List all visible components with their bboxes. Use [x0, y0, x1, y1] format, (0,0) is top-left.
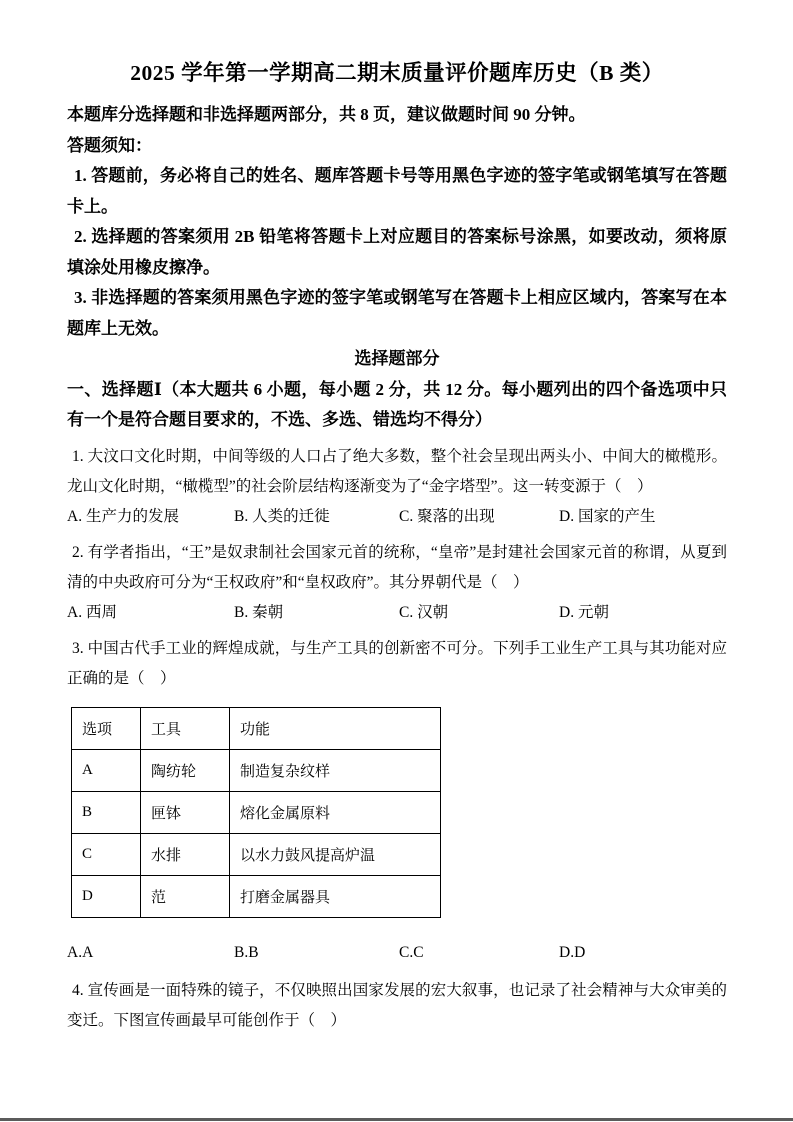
intro-line: 本题库分选择题和非选择题两部分，共 8 页，建议做题时间 90 分钟。 — [67, 100, 727, 131]
exam-page: 2025 学年第一学期高二期末质量评价题库历史（B 类） 本题库分选择题和非选择… — [0, 0, 793, 1122]
table-cell: 打磨金属器具 — [230, 875, 441, 917]
question-1-option-b: B. 人类的迁徙 — [234, 502, 399, 532]
table-header-function: 功能 — [230, 707, 441, 749]
question-2-stem: 2. 有学者指出，“王”是奴隶制社会国家元首的统称，“皇帝”是封建社会国家元首的… — [67, 538, 727, 598]
question-3-option-a: A.A — [67, 938, 234, 968]
question-3-tools-table: 选项 工具 功能 A 陶纺轮 制造复杂纹样 B 匣钵 熔化金属原料 — [71, 707, 441, 918]
page-title: 2025 学年第一学期高二期末质量评价题库历史（B 类） — [67, 57, 727, 89]
question-3-option-d: D.D — [559, 938, 585, 968]
section-heading: 选择题部分 — [67, 344, 727, 375]
table-cell: B — [72, 791, 141, 833]
question-3-options: A.A B.B C.C D.D — [67, 938, 727, 968]
table-row: B 匣钵 熔化金属原料 — [72, 791, 441, 833]
question-2-option-d: D. 元朝 — [559, 598, 609, 628]
table-cell: 水排 — [141, 833, 230, 875]
question-4: 4. 宣传画是一面特殊的镜子，不仅映照出国家发展的宏大叙事，也记录了社会精神与大… — [67, 976, 727, 1036]
table-header-option: 选项 — [72, 707, 141, 749]
question-2-option-c: C. 汉朝 — [399, 598, 559, 628]
question-1: 1. 大汶口文化时期，中间等级的人口占了绝大多数，整个社会呈现出两头小、中间大的… — [67, 442, 727, 532]
table-cell: 熔化金属原料 — [230, 791, 441, 833]
table-header-row: 选项 工具 功能 — [72, 707, 441, 749]
question-2: 2. 有学者指出，“王”是奴隶制社会国家元首的统称，“皇帝”是封建社会国家元首的… — [67, 538, 727, 628]
question-2-option-a: A. 西周 — [67, 598, 234, 628]
question-2-option-b: B. 秦朝 — [234, 598, 399, 628]
table-cell: C — [72, 833, 141, 875]
table-cell: 匣钵 — [141, 791, 230, 833]
table-cell: 制造复杂纹样 — [230, 749, 441, 791]
question-3-option-b: B.B — [234, 938, 399, 968]
table-row: C 水排 以水力鼓风提高炉温 — [72, 833, 441, 875]
table-row: D 范 打磨金属器具 — [72, 875, 441, 917]
table-header-tool: 工具 — [141, 707, 230, 749]
question-1-option-d: D. 国家的产生 — [559, 502, 655, 532]
notes-heading: 答题须知： — [67, 131, 727, 162]
note-item-3: 3. 非选择题的答案须用黑色字迹的签字笔或钢笔写在答题卡上相应区域内，答案写在本… — [67, 283, 727, 344]
question-3-stem: 3. 中国古代手工业的辉煌成就，与生产工具的创新密不可分。下列手工业生产工具与其… — [67, 634, 727, 694]
table-cell: 范 — [141, 875, 230, 917]
table-cell: 陶纺轮 — [141, 749, 230, 791]
page-content: 2025 学年第一学期高二期末质量评价题库历史（B 类） 本题库分选择题和非选择… — [0, 0, 793, 1036]
question-1-stem: 1. 大汶口文化时期，中间等级的人口占了绝大多数，整个社会呈现出两头小、中间大的… — [67, 442, 727, 502]
question-1-options: A. 生产力的发展 B. 人类的迁徙 C. 聚落的出现 D. 国家的产生 — [67, 502, 727, 532]
table-cell: 以水力鼓风提高炉温 — [230, 833, 441, 875]
question-2-options: A. 西周 B. 秦朝 C. 汉朝 D. 元朝 — [67, 598, 727, 628]
page-bottom-rule — [0, 1118, 793, 1121]
table-cell: D — [72, 875, 141, 917]
note-item-1: 1. 答题前，务必将自己的姓名、题库答题卡号等用黑色字迹的签字笔或钢笔填写在答题… — [67, 161, 727, 222]
note-item-2: 2. 选择题的答案须用 2B 铅笔将答题卡上对应题目的答案标号涂黑，如要改动，须… — [67, 222, 727, 283]
question-1-option-a: A. 生产力的发展 — [67, 502, 234, 532]
question-4-stem: 4. 宣传画是一面特殊的镜子，不仅映照出国家发展的宏大叙事，也记录了社会精神与大… — [67, 976, 727, 1036]
question-1-option-c: C. 聚落的出现 — [399, 502, 559, 532]
part1-heading: 一、选择题Ⅰ（本大题共 6 小题，每小题 2 分，共 12 分。每小题列出的四个… — [67, 375, 727, 436]
table-row: A 陶纺轮 制造复杂纹样 — [72, 749, 441, 791]
question-3: 3. 中国古代手工业的辉煌成就，与生产工具的创新密不可分。下列手工业生产工具与其… — [67, 634, 727, 968]
table-cell: A — [72, 749, 141, 791]
question-3-option-c: C.C — [399, 938, 559, 968]
